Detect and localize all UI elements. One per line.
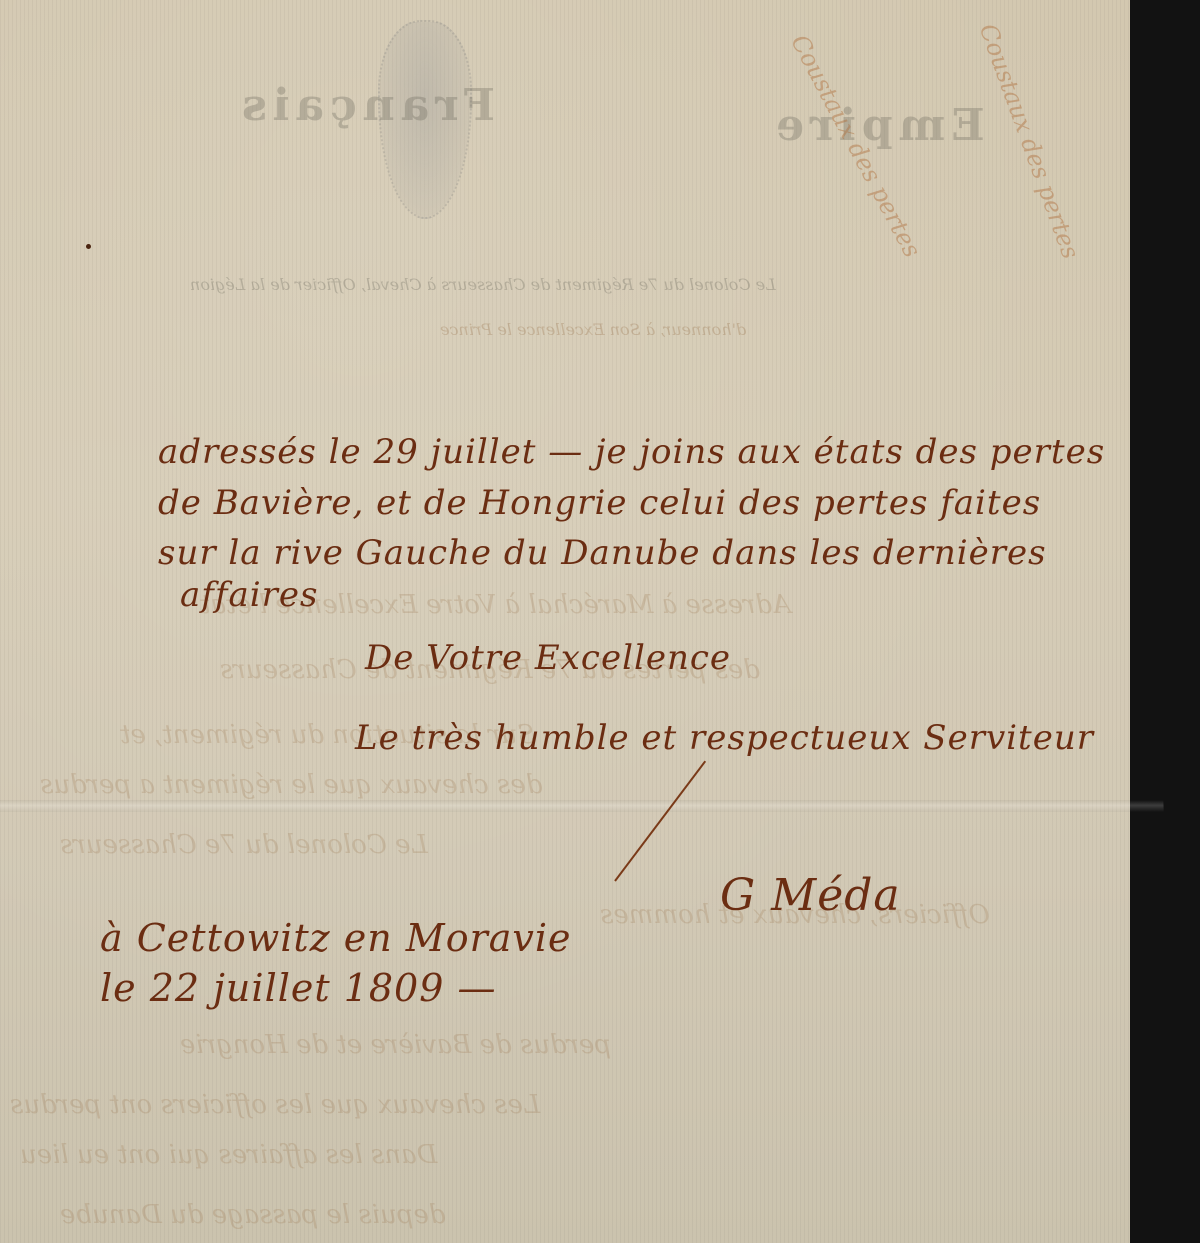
bleed-line: Le Colonel du 7e Chasseurs xyxy=(60,830,428,860)
bleed-line: Les chevaux que les officiers ont perdus xyxy=(10,1090,540,1120)
signature: G Méda xyxy=(720,870,901,921)
header-subline-2: d'honneur, à Son Excellence le Prince xyxy=(440,320,746,339)
letter-line-1: adressés le 29 juillet — je joins aux ét… xyxy=(158,432,1105,472)
bleed-line: des chevaux que le régiment a perdus xyxy=(40,770,542,800)
paper-fold-line xyxy=(0,800,1200,812)
header-word-francais: Français xyxy=(236,80,495,131)
diagonal-annotation-2: Coustaux des pertes xyxy=(974,20,1085,263)
bleed-line: Dans les affaires qui ont eu lieu xyxy=(20,1140,437,1170)
bleed-line: depuis le passage du Danube xyxy=(60,1200,445,1230)
letter-line-3: sur la rive Gauche du Danube dans les de… xyxy=(158,533,1047,573)
place-line: à Cettowitz en Moravie xyxy=(100,916,572,960)
signature-flourish xyxy=(614,761,706,882)
letter-line-2: de Bavière, et de Hongrie celui des pert… xyxy=(158,483,1041,523)
letter-line-4: affaires xyxy=(180,575,318,615)
closing-line-1: De Votre Excellence xyxy=(365,638,731,678)
header-subline: Le Colonel du 7e Régiment de Chasseurs à… xyxy=(190,275,776,294)
bleed-line: perdus de Bavière et de Hongrie xyxy=(180,1030,611,1060)
letter-sheet: Français Empire Le Colonel du 7e Régimen… xyxy=(0,0,1200,1243)
ink-spot xyxy=(86,244,91,249)
date-line: le 22 juillet 1809 — xyxy=(100,966,497,1010)
header-word-empire: Empire xyxy=(770,100,985,151)
closing-line-2: Le très humble et respectueux Serviteur xyxy=(355,718,1094,758)
